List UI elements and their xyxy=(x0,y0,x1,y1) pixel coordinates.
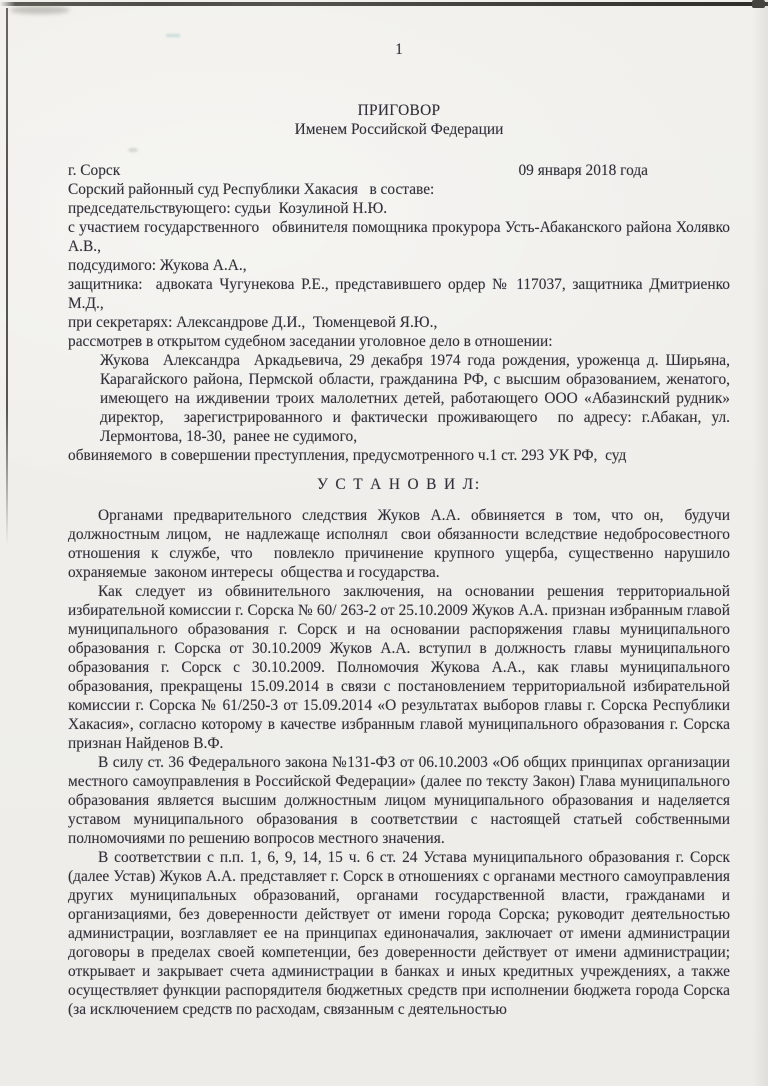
document-title-block: ПРИГОВОР Именем Российской Федерации xyxy=(68,101,730,139)
court-place: г. Сорск xyxy=(68,161,120,180)
scan-edge-top xyxy=(0,2,768,6)
caption-line-secretaries: при секретарях: Александрове Д.И., Тюмен… xyxy=(68,313,730,332)
document-title: ПРИГОВОР xyxy=(68,101,730,120)
caption-line-judge: председательствующего: судьи Козулиной Н… xyxy=(68,199,730,218)
scan-smudge xyxy=(10,6,70,14)
defendant-details-block: Жукова Александра Аркадьевича, 29 декабр… xyxy=(100,351,730,446)
document-content: 1 ПРИГОВОР Именем Российской Федерации г… xyxy=(0,40,768,1019)
body-paragraph: Органами предварительного следствия Жуко… xyxy=(68,506,730,582)
page-number: 1 xyxy=(68,40,730,59)
verdict-date: 09 января 2018 года xyxy=(518,161,648,180)
place-date-row: г. Сорск 09 января 2018 года xyxy=(68,161,730,180)
caption-line-court: Сорский районный суд Республики Хакасия … xyxy=(68,180,730,199)
body-paragraph: Как следует из обвинительного заключения… xyxy=(68,582,730,753)
caption-line-hearing: рассмотрев в открытом судебном заседании… xyxy=(68,332,730,351)
scanned-court-verdict-page: 1 ПРИГОВОР Именем Российской Федерации г… xyxy=(0,0,768,1086)
charge-line: обвиняемого в совершении преступления, п… xyxy=(68,446,730,465)
document-subtitle: Именем Российской Федерации xyxy=(68,120,730,139)
scan-speck xyxy=(166,34,180,37)
scan-corner-mark xyxy=(752,0,765,8)
body-paragraph: В силу ст. 36 Федерального закона №131-Ф… xyxy=(68,753,730,848)
body-paragraph: В соответствии с п.п. 1, 6, 9, 14, 15 ч.… xyxy=(68,848,730,1019)
ruling-heading: У С Т А Н О В И Л: xyxy=(68,475,730,494)
caption-line-defendant: подсудимого: Жукова А.А., xyxy=(68,256,730,275)
caption-line-counsel: защитника: адвоката Чугунекова Р.Е., пре… xyxy=(68,275,730,313)
caption-line-prosecutor: с участием государственного обвинителя п… xyxy=(68,218,730,256)
